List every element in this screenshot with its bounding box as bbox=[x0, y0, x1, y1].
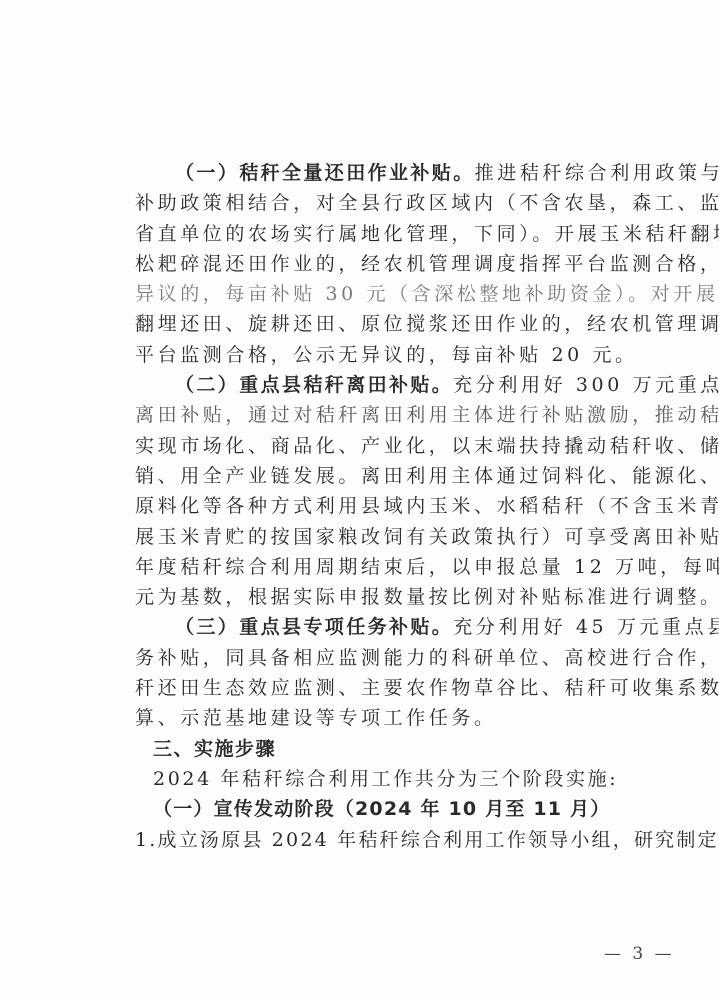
section-title: （二）重点县秸秆离田补贴。 bbox=[175, 374, 453, 396]
paragraph-line: 翻埋还田、旋耕还田、原位搅浆还田作业的，经农机管理调度指挥 bbox=[135, 309, 665, 339]
paragraph-line: （二）重点县秸秆离田补贴。充分利用好 300 万元重点县秸秆 bbox=[135, 370, 665, 400]
subsidy-section-special-tasks: （三）重点县专项任务补贴。充分利用好 45 万元重点县专项任 务补贴，同具备相应… bbox=[135, 612, 665, 733]
paragraph-line: 平台监测合格，公示无异议的，每亩补贴 20 元。 bbox=[135, 340, 665, 370]
document-body: （一）秸秆全量还田作业补贴。推进秸秆综合利用政策与深松 补助政策相结合，对全县行… bbox=[135, 158, 665, 855]
subsidy-section-off-field: （二）重点县秸秆离田补贴。充分利用好 300 万元重点县秸秆 离田补贴，通过对秸… bbox=[135, 370, 665, 612]
paragraph-line: 省直单位的农场实行属地化管理，下同）。开展玉米秸秆翻埋还田、 bbox=[135, 219, 665, 249]
paragraph-line: （三）重点县专项任务补贴。充分利用好 45 万元重点县专项任 bbox=[135, 612, 665, 642]
list-item: 1.成立汤原县 2024 年秸秆综合利用工作领导小组，研究制定工 bbox=[135, 825, 665, 855]
document-page: （一）秸秆全量还田作业补贴。推进秸秆综合利用政策与深松 补助政策相结合，对全县行… bbox=[0, 0, 719, 999]
page-number: — 3 — bbox=[604, 944, 675, 964]
paragraph-line: 秆还田生态效应监测、主要农作物草谷比、秸秆可收集系数调查测 bbox=[135, 673, 665, 703]
paragraph-line: 年度秸秆综合利用周期结束后，以申报总量 12 万吨，每吨补贴 25 bbox=[135, 552, 665, 582]
paragraph-line: 原料化等各种方式利用县域内玉米、水稻秸秆（不含玉米青贮，开 bbox=[135, 491, 665, 521]
phase-heading: （一）宣传发动阶段（2024 年 10 月至 11 月） bbox=[135, 794, 665, 824]
paragraph-text: 充分利用好 45 万元重点县专项任 bbox=[453, 616, 719, 638]
section-title: （一）秸秆全量还田作业补贴。 bbox=[175, 162, 475, 184]
paragraph-line: 销、用全产业链发展。离田利用主体通过饲料化、能源化、基料化、 bbox=[135, 461, 665, 491]
paragraph-text: 充分利用好 300 万元重点县秸秆 bbox=[453, 374, 719, 396]
paragraph-line: 元为基数，根据实际申报数量按比例对补贴标准进行调整。 bbox=[135, 582, 665, 612]
paragraph-line: 离田补贴，通过对秸秆离田利用主体进行补贴激励，推动秸秆利用 bbox=[135, 400, 665, 430]
paragraph-line: （一）秸秆全量还田作业补贴。推进秸秆综合利用政策与深松 bbox=[135, 158, 665, 188]
paragraph-line: 松耙碎混还田作业的，经农机管理调度指挥平台监测合格，公示无 bbox=[135, 249, 665, 279]
paragraph-text: 推进秸秆综合利用政策与深松 bbox=[475, 162, 719, 184]
paragraph-line: 算、示范基地建设等专项工作任务。 bbox=[135, 703, 665, 733]
paragraph-line: 异议的，每亩补贴 30 元（含深松整地补助资金）。对开展水稻秸秆 bbox=[135, 279, 665, 309]
paragraph-line: 实现市场化、商品化、产业化，以末端扶持撬动秸秆收、储、运、 bbox=[135, 431, 665, 461]
section-title: （三）重点县专项任务补贴。 bbox=[175, 616, 453, 638]
chapter-intro: 2024 年秸秆综合利用工作共分为三个阶段实施: bbox=[135, 764, 665, 794]
paragraph-line: 务补贴，同具备相应监测能力的科研单位、高校进行合作，开展秸 bbox=[135, 643, 665, 673]
paragraph-line: 补助政策相结合，对全县行政区域内（不含农垦，森工、监狱等中 bbox=[135, 188, 665, 218]
chapter-heading: 三、实施步骤 bbox=[135, 734, 665, 764]
paragraph-line: 展玉米青贮的按国家粮改饲有关政策执行）可享受离田补贴。2024 bbox=[135, 522, 665, 552]
subsidy-section-straw-return: （一）秸秆全量还田作业补贴。推进秸秆综合利用政策与深松 补助政策相结合，对全县行… bbox=[135, 158, 665, 370]
